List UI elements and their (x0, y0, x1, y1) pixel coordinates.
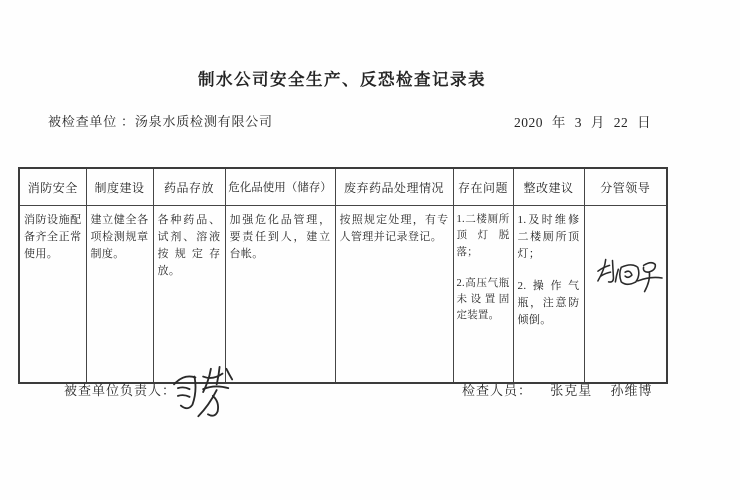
inspectors-label: 检查人员： (462, 383, 532, 398)
col-header-waste-disposal: 废弃药品处理情况 (335, 168, 453, 206)
problem-item: 2.高压气瓶未设置固定装置。 (457, 276, 510, 325)
scanned-document-sheet: 制水公司安全生产、反恐检查记录表 被检查单位 ：汤泉水质检测有限公司 2020 … (0, 0, 740, 500)
cell-hazardous-use: 加强危化品管理，要责任到人，建立台帐。 (225, 206, 335, 384)
inspector-name: 张克星 (550, 383, 592, 398)
cell-fire-safety: 消防设施配备齐全正常使用。 (19, 206, 86, 384)
col-header-fire-safety: 消防安全 (19, 168, 86, 206)
inspector-name: 孙维博 (611, 383, 653, 398)
responsible-person-line: 被查单位负责人： (64, 380, 176, 399)
cell-medicine-storage: 各种药品、试剂、溶液按规定存放。 (153, 206, 225, 384)
cell-system-building: 建立健全各项检测规章制度。 (86, 206, 153, 384)
problem-item: 1.二楼厕所顶灯脱落； (457, 212, 510, 261)
cell-waste-disposal: 按照规定处理，有专人管理并记录登记。 (335, 206, 453, 384)
leader-handwritten-signature (595, 254, 663, 302)
responsible-handwritten-signature (166, 363, 248, 423)
inspected-unit-line: 被检查单位 ：汤泉水质检测有限公司 (48, 111, 273, 130)
cell-leader-signature (584, 206, 667, 384)
col-header-problems: 存在问题 (453, 168, 513, 206)
col-header-suggestions: 整改建议 (513, 168, 584, 206)
responsible-person-label: 被查单位负责人： (64, 383, 176, 398)
cell-suggestions: 1.及时维修二楼厕所顶灯； 2.操作气瓶，注意防倾倒。 (513, 206, 584, 384)
cell-problems: 1.二楼厕所顶灯脱落； 2.高压气瓶未设置固定装置。 (453, 206, 513, 384)
suggestion-item: 1.及时维修二楼厕所顶灯； (518, 212, 580, 263)
col-header-hazardous-use: 危化品使用（储存） (225, 168, 335, 206)
inspected-unit-value: 汤泉水质检测有限公司 (135, 114, 273, 129)
inspection-record-table: 消防安全 制度建设 药品存放 危化品使用（储存） 废弃药品处理情况 存在问题 整… (18, 167, 668, 384)
header-row: 消防安全 制度建设 药品存放 危化品使用（储存） 废弃药品处理情况 存在问题 整… (19, 168, 667, 206)
inspected-unit-label: 被检查单位 ： (48, 114, 135, 129)
inspectors-line: 检查人员： 张克星 孙维博 (462, 380, 653, 399)
record-row: 消防设施配备齐全正常使用。 建立健全各项检测规章制度。 各种药品、试剂、溶液按规… (19, 206, 667, 384)
col-header-medicine-storage: 药品存放 (153, 168, 225, 206)
suggestion-item: 2.操作气瓶，注意防倾倒。 (518, 278, 580, 329)
col-header-leader: 分管领导 (584, 168, 667, 206)
page-title: 制水公司安全生产、反恐检查记录表 (18, 66, 666, 90)
inspection-date: 2020 年 3 月 22 日 (514, 111, 651, 131)
col-header-system-building: 制度建设 (86, 168, 153, 206)
